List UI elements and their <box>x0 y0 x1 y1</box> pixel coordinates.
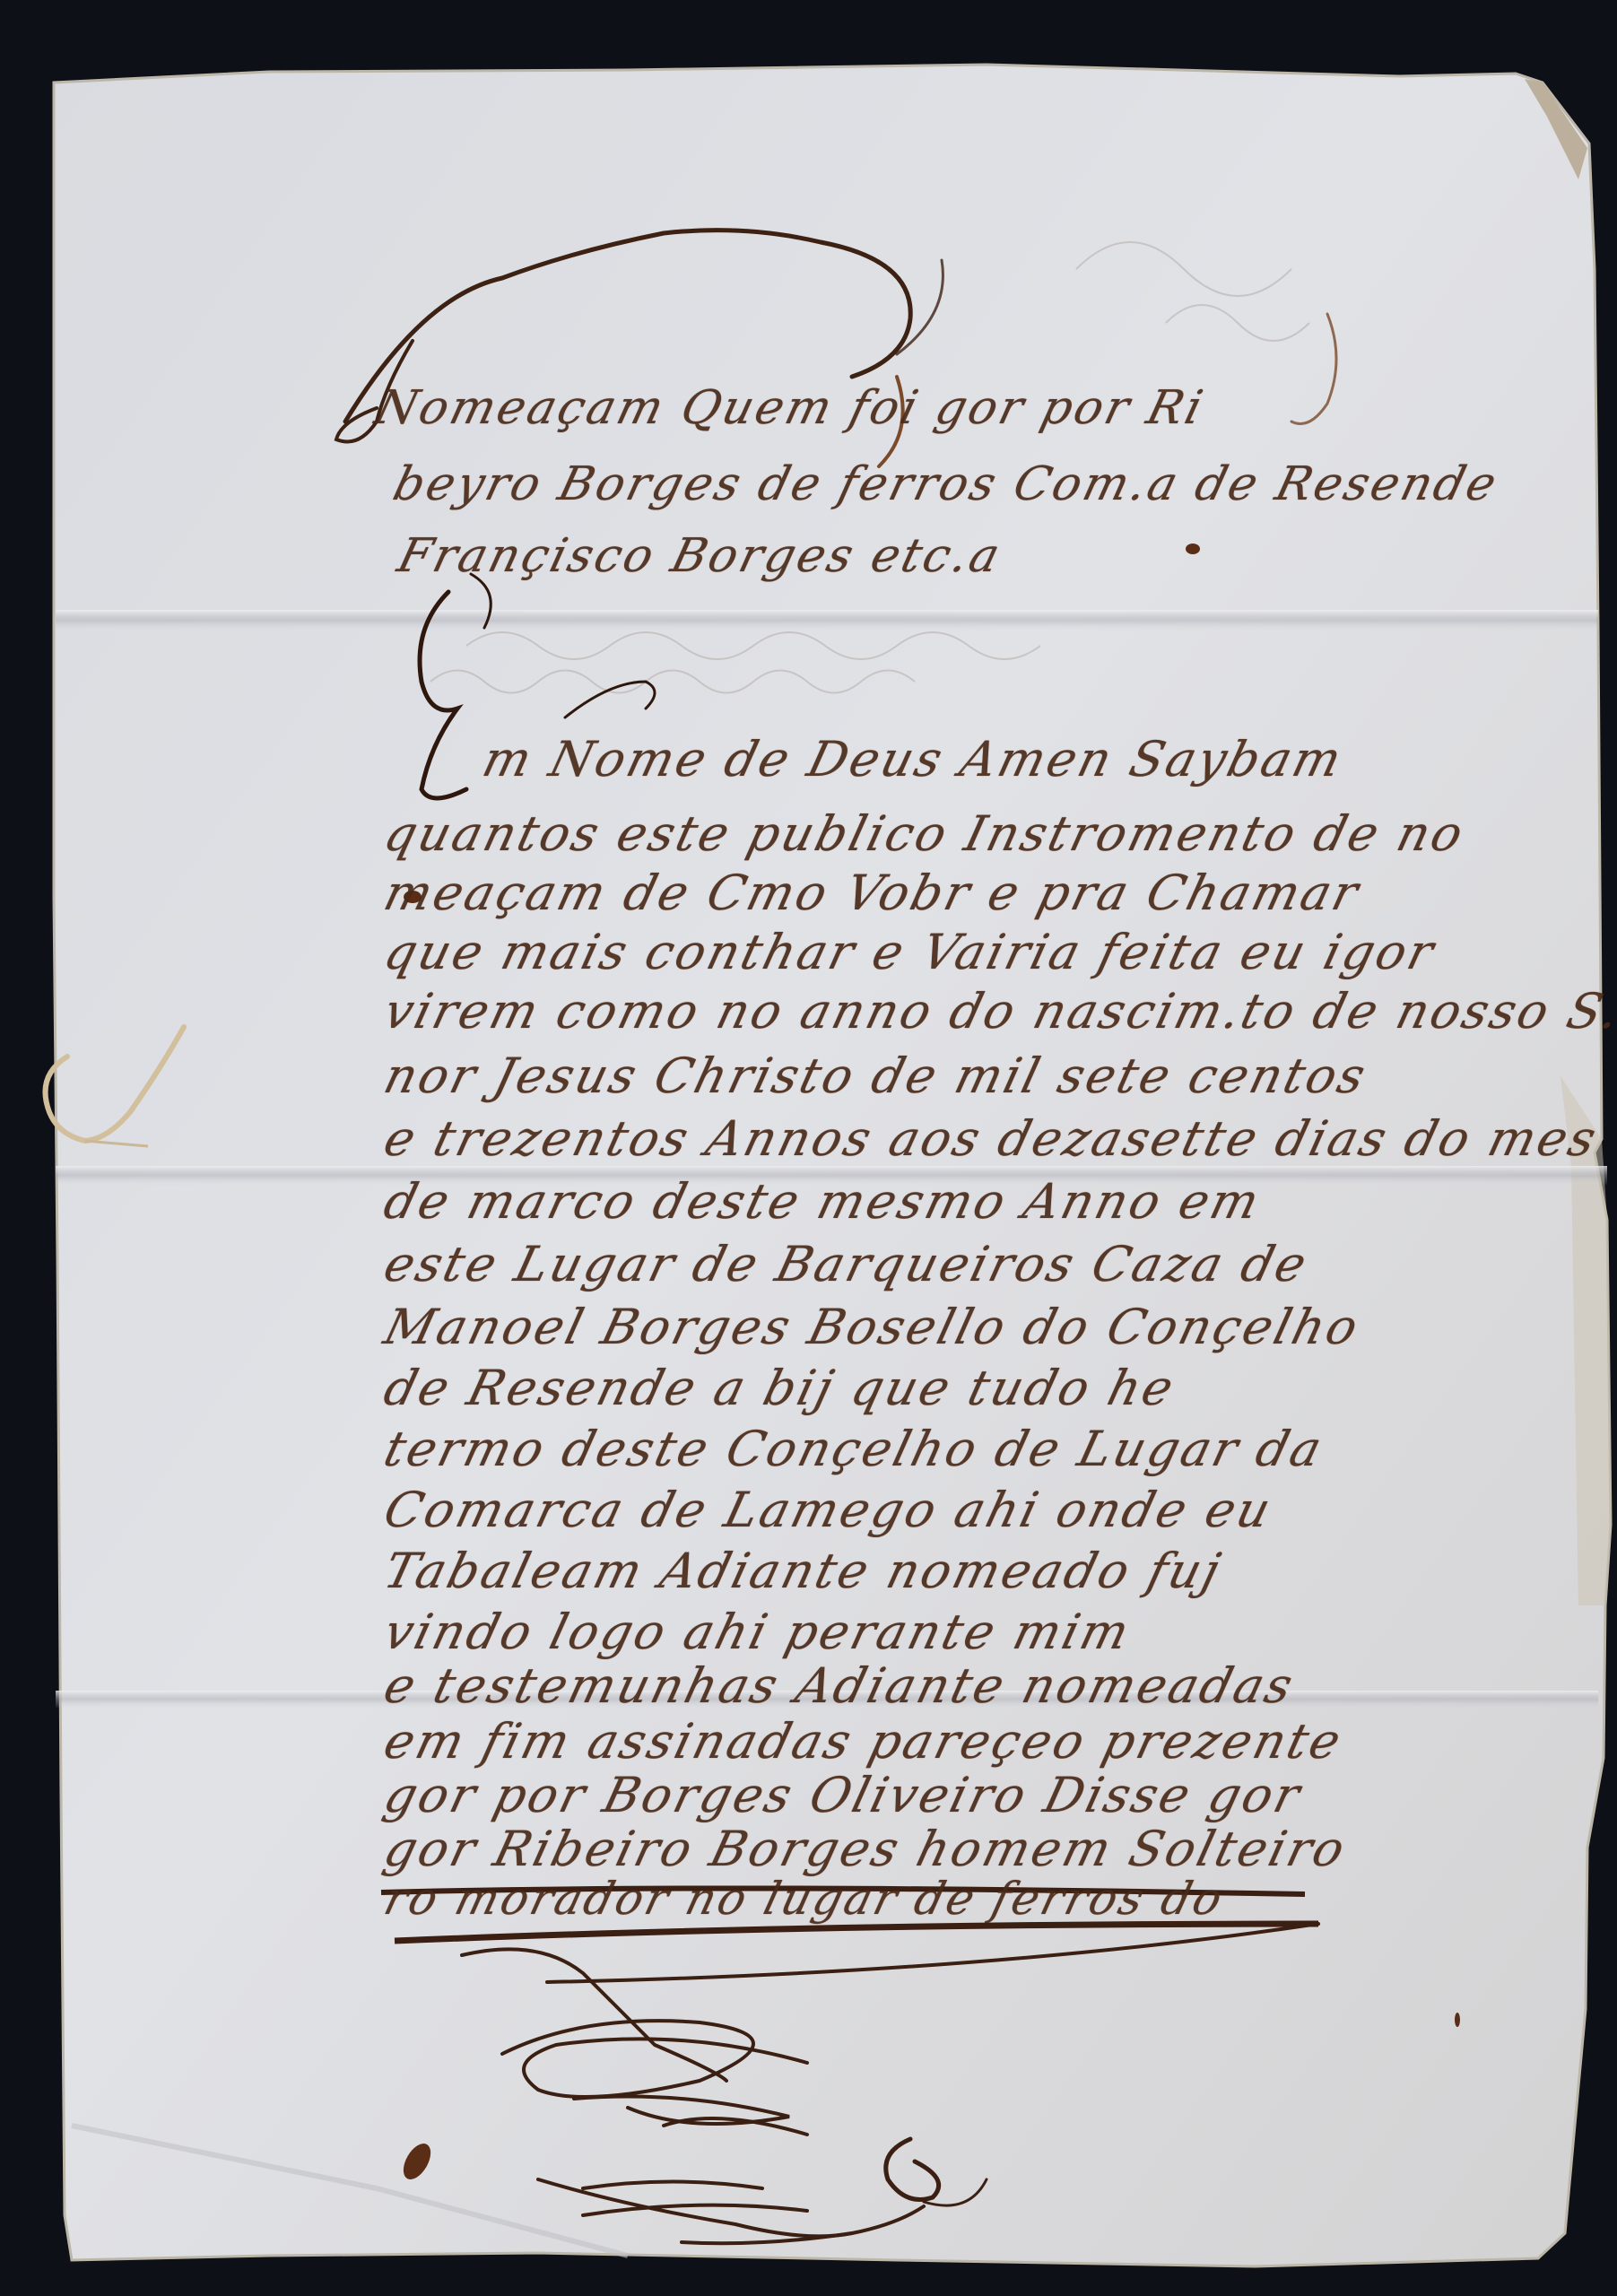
body-line-15: vindo logo ahi perante mim <box>378 1604 1137 1660</box>
heading-line-1: Nomeaçam Quem foi gor por Ri <box>370 381 1211 435</box>
heading-line-2: beyro Borges de ferros Com.a de Resende <box>388 457 1505 511</box>
body-line-9: este Lugar de Barqueiros Caza de <box>378 1236 1315 1292</box>
body-line-14: Tabaleam Adiante nomeado fuj <box>378 1543 1228 1599</box>
body-line-3: meaçam de Cmo Vobr e pra Chamar <box>378 865 1366 921</box>
body-line-18: gor por Borges Oliveiro Disse gor <box>378 1767 1308 1823</box>
body-line-1: m Nome de Deus Amen Saybam <box>477 731 1350 787</box>
body-line-13: Comarca de Lamego ahi onde eu <box>378 1482 1279 1538</box>
body-line-4: que mais conthar e Vairia feita eu igor <box>378 924 1441 980</box>
body-line-19: gor Ribeiro Borges homem Solteiro <box>378 1821 1352 1877</box>
body-line-20: ro morador no lugar de ferros do <box>379 1873 1230 1925</box>
body-line-2: quantos este publico Instromento de no <box>378 805 1471 862</box>
heading-line-3: Françisco Borges etc.a <box>393 529 1008 583</box>
binding-string <box>0 0 269 1256</box>
body-line-16: e testemunhas Adiante nomeadas <box>378 1657 1300 1714</box>
body-line-12: termo deste Conçelho de Lugar da <box>378 1421 1329 1477</box>
body-line-11: de Resende a bij que tudo he <box>378 1360 1181 1416</box>
body-line-10: Manoel Borges Bosello do Conçelho <box>378 1299 1366 1355</box>
body-line-17: em fim assinadas pareçeo prezente <box>378 1713 1349 1770</box>
body-line-7: e trezentos Annos aos dezasette dias do … <box>378 1110 1604 1167</box>
manuscript-photo: Nomeaçam Quem foi gor por Ri beyro Borge… <box>0 0 1617 2296</box>
body-line-5: virem como no anno do nascim.to de nosso… <box>378 983 1617 1039</box>
body-line-6: nor Jesus Christo de mil sete centos <box>378 1048 1373 1104</box>
body-line-8: de marco deste mesmo Anno em <box>378 1173 1267 1230</box>
